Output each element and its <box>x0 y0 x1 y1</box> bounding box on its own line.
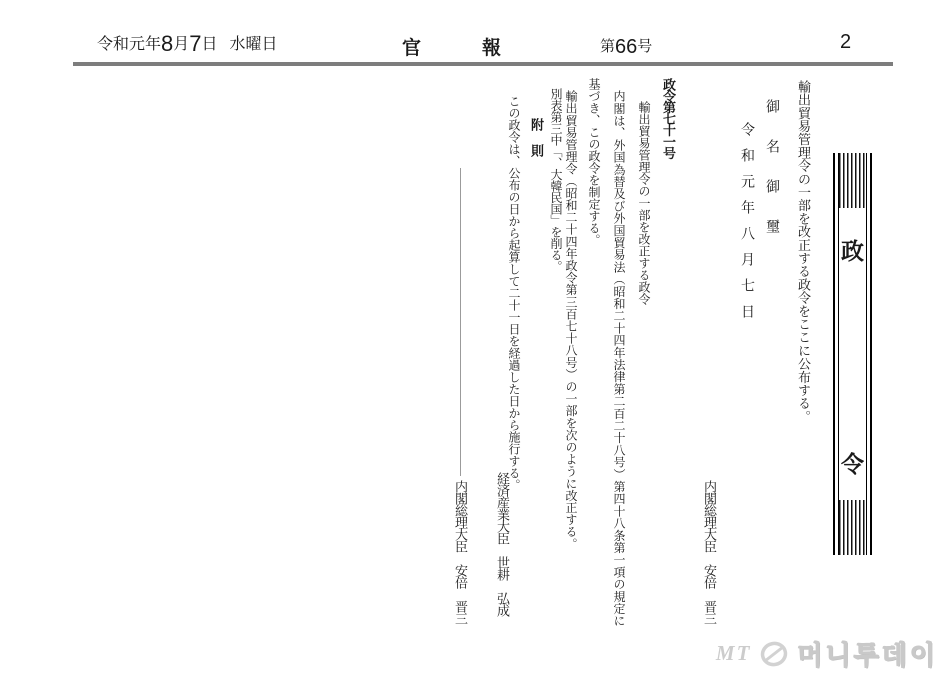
promulgation-date-column: 令和元年八月七日 <box>739 122 753 330</box>
watermark: MT 머니투데이 <box>716 635 938 672</box>
pm-signature-column-2: 内閣総理大臣 安倍 晋三 <box>454 480 467 624</box>
issue-date-month: 8 <box>161 31 173 56</box>
ordinance-body-line-3: 輸出貿易管理令（昭和二十四年政令第三百七十八号）の一部を次のように改正する。 <box>565 90 577 550</box>
seirei-banner: 政 令 <box>833 153 872 555</box>
issue-date-day-label: 日 <box>202 36 218 53</box>
publication-title: 官報 <box>402 33 562 60</box>
imperial-sign-seal-column: 御 名 御 璽 <box>764 99 778 239</box>
ordinance-body-line-4: 別表第三中「、大韓民国」を削る。 <box>550 88 562 272</box>
issue-date-era: 令和元年 <box>97 36 161 53</box>
ordinance-number-heading: 政令第七十一号 <box>662 78 675 158</box>
issue-date-day: 7 <box>189 31 201 56</box>
header-rule <box>73 62 893 66</box>
issue-date-month-label: 月 <box>173 36 189 53</box>
ordinance-body-line-2: 基づき、この政令を制定する。 <box>588 78 600 246</box>
issue-weekday: 水曜日 <box>230 36 278 53</box>
issue-number-value: 66 <box>615 36 637 58</box>
moneytoday-logo-icon <box>760 640 788 668</box>
supplementary-provisions-heading: 附 則 <box>530 118 543 157</box>
seirei-banner-inner-border <box>838 153 867 555</box>
pm-signature-column: 内閣総理大臣 安倍 晋三 <box>703 480 716 624</box>
gazette-page: 令和元年8月7日水曜日 官報 第66号 2 政 令 輸出貿易管理令の一部を改正す… <box>0 0 942 676</box>
issue-date: 令和元年8月7日水曜日 <box>97 31 278 55</box>
article-separator-rule <box>460 168 461 476</box>
watermark-mt-label: MT <box>716 641 752 666</box>
issue-number-suffix: 号 <box>637 39 652 55</box>
seirei-banner-char-rei: 令 <box>835 446 870 479</box>
page-number: 2 <box>840 31 851 54</box>
supplementary-provisions-body: この政令は、公布の日から起算して二十一日を経過した日から施行する。 <box>508 95 520 491</box>
seirei-banner-bottom-hatch <box>839 500 866 555</box>
issue-number-prefix: 第 <box>600 39 615 55</box>
meti-minister-signature-column: 経済産業大臣 世耕 弘成 <box>496 472 509 616</box>
ordinance-title-column: 輸出貿易管理令の一部を改正する政令 <box>638 101 650 305</box>
watermark-name: 머니투데이 <box>797 635 938 672</box>
seirei-banner-char-sei: 政 <box>835 233 870 266</box>
ordinance-body-line-1: 内閣は、外国為替及び外国貿易法（昭和二十四年法律第二百二十八号）第四十八条第一項… <box>613 90 625 627</box>
issue-number: 第66号 <box>600 35 652 59</box>
proclamation-text-column: 輸出貿易管理令の一部を改正する政令をここに公布する。 <box>797 80 810 423</box>
seirei-banner-top-hatch <box>839 153 866 208</box>
